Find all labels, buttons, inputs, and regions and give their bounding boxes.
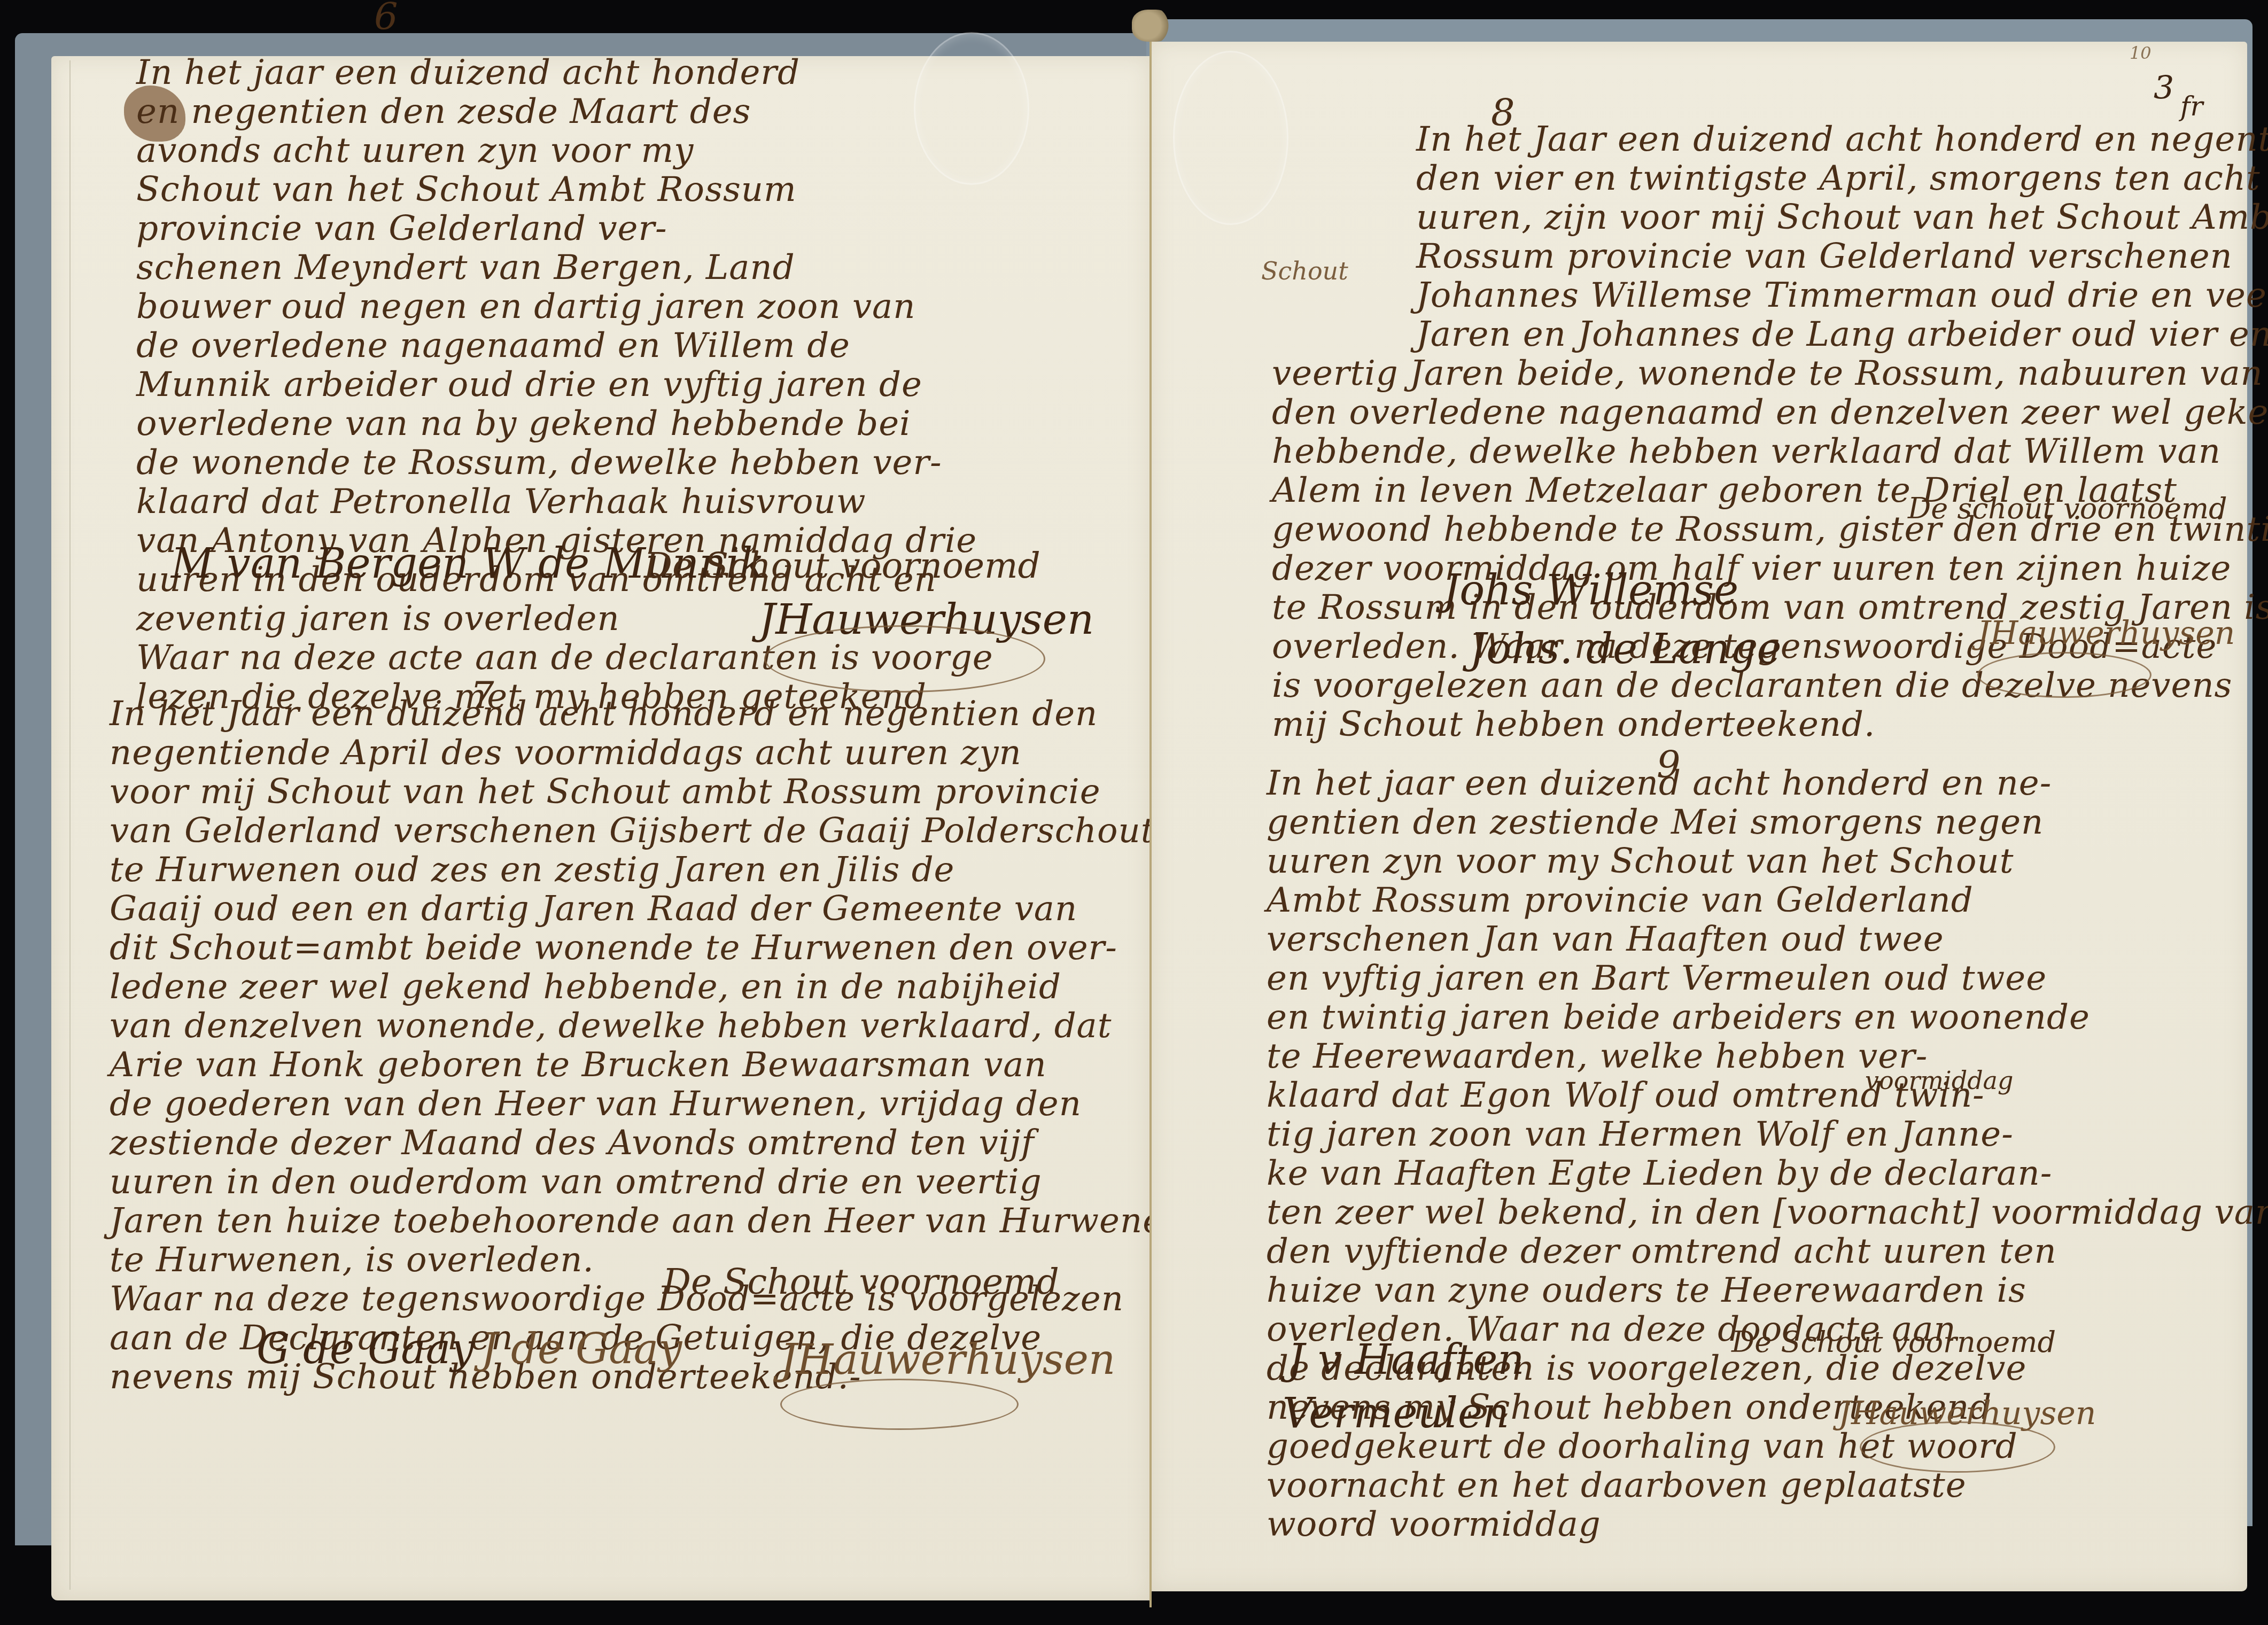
record-8-line: veertig Jaren beide, wonende te Rossum, … — [1272, 354, 2268, 393]
record-9-line: den vyftiende dezer omtrend acht uuren t… — [1267, 1232, 2268, 1271]
record-7-line: uuren in den ouderdom van omtrend drie e… — [110, 1163, 1186, 1202]
signature-flourish — [764, 625, 1045, 693]
schout-signature-record-8: JHauwerhuysen — [1977, 615, 2235, 652]
record-7-line: Arie van Honk geboren te Brucken Bewaars… — [110, 1046, 1186, 1085]
signature-flourish — [780, 1379, 1019, 1430]
record-8-line: uuren, zijn voor mij Schout van het Scho… — [1416, 198, 2268, 237]
record-7-line: negentiende April des voormiddags acht u… — [110, 734, 1186, 773]
record-9-line: Ambt Rossum provincie van Gelderland — [1267, 881, 2268, 920]
record-8-text-indented: In het Jaar een duizend acht honderd en … — [1416, 120, 2268, 354]
record-9-line: huize van zyne ouders te Heerewaarden is — [1267, 1271, 2268, 1310]
record-9-line: ten zeer wel bekend, in den [voornacht] … — [1267, 1193, 2268, 1232]
top-edge-number: 10 — [2130, 43, 2152, 63]
record-9-line: gentien den zestiende Mei smorgens negen — [1267, 803, 2268, 842]
record-9-line: In het jaar een duizend acht honderd en … — [1267, 764, 2268, 803]
record-6-line: Munnik arbeider oud drie en vyftig jaren… — [136, 366, 993, 405]
record-9-line: klaard dat Egon Wolf oud omtrend twin- — [1267, 1076, 2268, 1115]
record-8-line: In het Jaar een duizend acht honderd en … — [1416, 120, 2268, 159]
record-9-line: woord voormiddag — [1267, 1505, 2268, 1544]
record-7-line: de goederen van den Heer van Hurwenen, v… — [110, 1085, 1186, 1124]
record-7-line: Gaaij oud een en dartig Jaren Raad der G… — [110, 890, 1186, 929]
record-6-line: Schout van het Schout Ambt Rossum — [136, 170, 993, 209]
embossed-seal-right — [1173, 51, 1288, 225]
record-9-line: ke van Haaften Egte Lieden by de declara… — [1267, 1154, 2268, 1193]
record-7-line: dit Schout=ambt beide wonende te Hurwene… — [110, 929, 1186, 968]
record-8-line: Johannes Willemse Timmerman oud drie en … — [1416, 276, 2268, 315]
record-7-line: van Gelderland verschenen Gijsbert de Ga… — [110, 812, 1186, 851]
folio-mark: fr — [2180, 91, 2203, 122]
closing-formula-record-7: De Schout voornoemd — [663, 1261, 1059, 1302]
record-9-line: uuren zyn voor my Schout van het Schout — [1267, 842, 2268, 881]
record-7-line: Jaren ten huize toebehoorende aan den He… — [110, 1202, 1186, 1241]
record-7-line: In het Jaar een duizend acht honderd en … — [110, 695, 1186, 734]
schout-signature-record-7: JHauwerhuysen — [780, 1336, 1115, 1384]
record-8-line: mij Schout hebben onderteekend. — [1272, 705, 2268, 744]
record-7-line: voor mij Schout van het Schout ambt Ross… — [110, 773, 1186, 812]
record-6-line: en negentien den zesde Maart des — [136, 92, 993, 131]
record-9-line: verschenen Jan van Haaften oud twee — [1267, 920, 2268, 959]
record-9-line: en vyftig jaren en Bart Vermeulen oud tw… — [1267, 959, 2268, 998]
record-6-line: de wonende te Rossum, dewelke hebben ver… — [136, 444, 993, 483]
binding-thread — [1132, 10, 1172, 42]
record-7-line: van denzelven wonende, dewelke hebben ve… — [110, 1007, 1186, 1046]
record-9-line: te Heerewaarden, welke hebben ver- — [1267, 1037, 2268, 1076]
record-8-line: den vier en twintigste April, smorgens t… — [1416, 159, 2268, 198]
witness-1-signature-record-8: Johs Willemse — [1443, 566, 1738, 615]
record-8-line: Jaren en Johannes de Lang arbeider oud v… — [1416, 315, 2268, 354]
record-6-line: provincie van Gelderland ver- — [136, 209, 993, 248]
record-8-line: dezer voormiddag om half vier uuren ten … — [1272, 549, 2268, 588]
record-7-line: te Hurwenen oud zes en zestig Jaren en J… — [110, 851, 1186, 890]
record-6-line: overledene van na by gekend hebbende bei — [136, 405, 993, 444]
closing-formula-record-9: De Schout voornoemd — [1731, 1325, 2056, 1359]
record-9-line: tig jaren zoon van Hermen Wolf en Janne- — [1267, 1115, 2268, 1154]
record-7-line: ledene zeer wel gekend hebbende, en in d… — [110, 968, 1186, 1007]
record-6-line: klaard dat Petronella Verhaak huisvrouw — [136, 483, 993, 522]
signature-flourish — [1860, 1421, 2055, 1473]
record-8-line: den overledene nagenaamd en denzelven ze… — [1272, 393, 2268, 432]
witness-1-signature-record-9: J v Haaften — [1288, 1336, 1525, 1384]
signature-flourish — [1977, 652, 2152, 698]
record-6-line: In het jaar een duizend acht honderd — [136, 53, 993, 92]
witness-2-signature-record-7: J de Gaay — [481, 1325, 682, 1373]
witness-2-signature-record-8: Johs. de Lange — [1470, 625, 1782, 673]
record-6-line: avonds acht uuren zyn voor my — [136, 131, 993, 170]
record-7-line: zestiende dezer Maand des Avonds omtrend… — [110, 1124, 1186, 1163]
inserted-correction: voormiddag — [1865, 1066, 2013, 1095]
closing-formula-record-6: De Schout voornoemd — [644, 545, 1040, 586]
witness-1-signature-record-7: G de Gaay — [257, 1325, 474, 1373]
record-8-line: Rossum provincie van Gelderland verschen… — [1416, 237, 2268, 276]
book-gutter — [1149, 42, 1152, 1607]
record-6-line: de overledene nagenaamd en Willem de — [136, 326, 993, 366]
record-9-line: en twintig jaren beide arbeiders en woon… — [1267, 998, 2268, 1037]
margin-annotation: Schout — [1261, 256, 1348, 285]
record-6-line: schenen Meyndert van Bergen, Land — [136, 248, 993, 287]
record-6-line: bouwer oud negen en dartig jaren zoon va… — [136, 287, 993, 326]
record-number-6: 6 — [374, 0, 398, 38]
folio-number: 3 — [2154, 69, 2174, 107]
record-9-line: voornacht en het daarboven geplaatste — [1267, 1466, 2268, 1505]
record-8-line: hebbende, dewelke hebben verklaard dat W… — [1272, 432, 2268, 471]
witness-2-signature-record-9: Vermeulen — [1283, 1389, 1509, 1437]
closing-formula-record-8: De schout voornoemd — [1908, 492, 2227, 525]
